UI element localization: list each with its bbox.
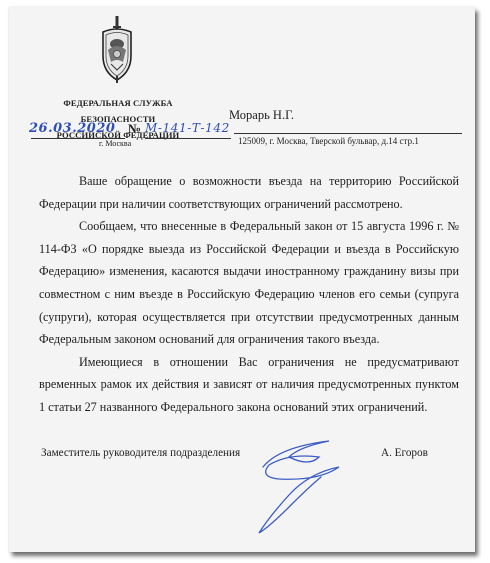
signer-name: А. Егоров	[381, 447, 428, 459]
city: г. Москва	[99, 139, 131, 148]
paragraph-2: Сообщаем, что внесенные в Федеральный за…	[39, 215, 459, 351]
paragraph-3: Имеющиеся в отношении Вас ограничения не…	[39, 351, 459, 419]
letter-page: ФЕДЕРАЛЬНАЯ СЛУЖБА БЕЗОПАСНОСТИ РОССИЙСК…	[9, 7, 475, 552]
number-sign: №	[128, 121, 141, 137]
address-underline	[234, 133, 462, 134]
number-underline	[145, 138, 231, 139]
registration-number: М-141-Т-142	[145, 121, 230, 135]
signer-title: Заместитель руководителя подразделения	[41, 447, 240, 459]
letter-body: Ваше обращение о возможности въезда на т…	[39, 170, 459, 419]
recipient-address: 125009, г. Москва, Тверской бульвар, д.1…	[238, 136, 419, 146]
handwritten-signature-icon	[249, 437, 389, 537]
paragraph-1: Ваше обращение о возможности въезда на т…	[39, 170, 459, 215]
recipient-name: Морарь Н.Г.	[229, 108, 294, 123]
fsb-shield-emblem-icon	[97, 16, 137, 84]
letter-date: 26.03.2020	[29, 121, 115, 136]
